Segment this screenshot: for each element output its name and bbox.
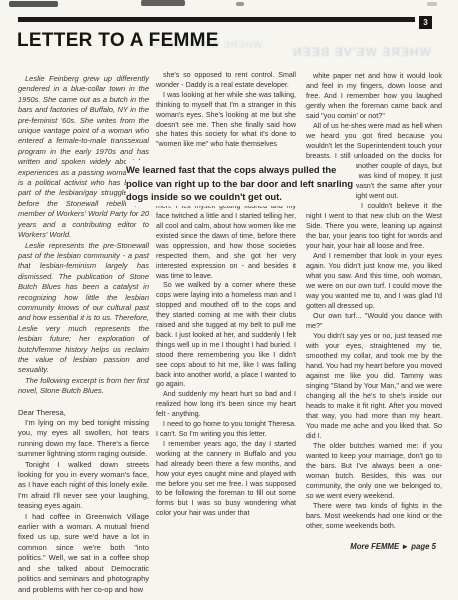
scan-artifact	[9, 1, 58, 7]
pull-quote: We learned fast that the cops always pul…	[126, 160, 356, 206]
paragraph: And I remember that look in your eyes ag…	[306, 251, 442, 311]
paragraph: white paper net and how it would look an…	[306, 71, 442, 121]
paragraph: There were two kinds of fights in the ba…	[306, 501, 442, 531]
text-column-3: white paper net and how it would look an…	[306, 71, 442, 552]
paragraph: I'm lying on my bed tonight missing you,…	[18, 418, 149, 460]
scan-artifact	[236, 2, 244, 6]
editor-intro: Leslie Feinberg grew up differently gend…	[18, 74, 149, 397]
text-column-2: she's so opposed to rent control. Small …	[156, 71, 296, 519]
paragraph: Leslie represents the pre-Stonewall past…	[18, 241, 149, 376]
header-rule	[18, 17, 415, 22]
page-title: LETTER TO A FEMME	[17, 30, 219, 52]
continuation-note: More FEMME ► page 5	[306, 542, 442, 552]
bleed-through-text: WHERE WE'VE BEEN	[292, 45, 431, 59]
paragraph: And suddenly my heart hurt so bad and I …	[156, 390, 296, 420]
scan-artifact	[427, 2, 437, 6]
paragraph: The following excerpt is from her first …	[18, 376, 149, 397]
paragraph: The older butches warned me: if you want…	[306, 441, 442, 501]
paragraph: I remember years ago, the day I started …	[156, 440, 296, 519]
scan-artifact	[141, 0, 185, 6]
paragraph: Tonight I walked down streets looking fo…	[18, 460, 149, 512]
paragraph: I was looking at her while she was talki…	[156, 91, 296, 150]
page-number-badge: 3	[419, 16, 432, 29]
paragraph: So we walked by a corner where these cop…	[156, 281, 296, 390]
letter-salutation: Dear Theresa,	[18, 408, 149, 418]
paragraph: Our own turf... "Would you dance with me…	[306, 311, 442, 331]
paragraph: she's so opposed to rent control. Small …	[156, 71, 296, 91]
text-column-1: Leslie Feinberg grew up differently gend…	[18, 74, 149, 595]
paragraph: You didn't say yes or no, just teased me…	[306, 331, 442, 441]
paragraph: Leslie Feinberg grew up differently gend…	[18, 74, 149, 241]
paragraph: I need to go home to you tonight Theresa…	[156, 420, 296, 440]
newsletter-page: 3 WHERE WE'VE BEEN WHERE WE'VE BEEN LETT…	[0, 0, 458, 600]
paragraph: I had coffee in Greenwich Village earlie…	[18, 512, 149, 595]
